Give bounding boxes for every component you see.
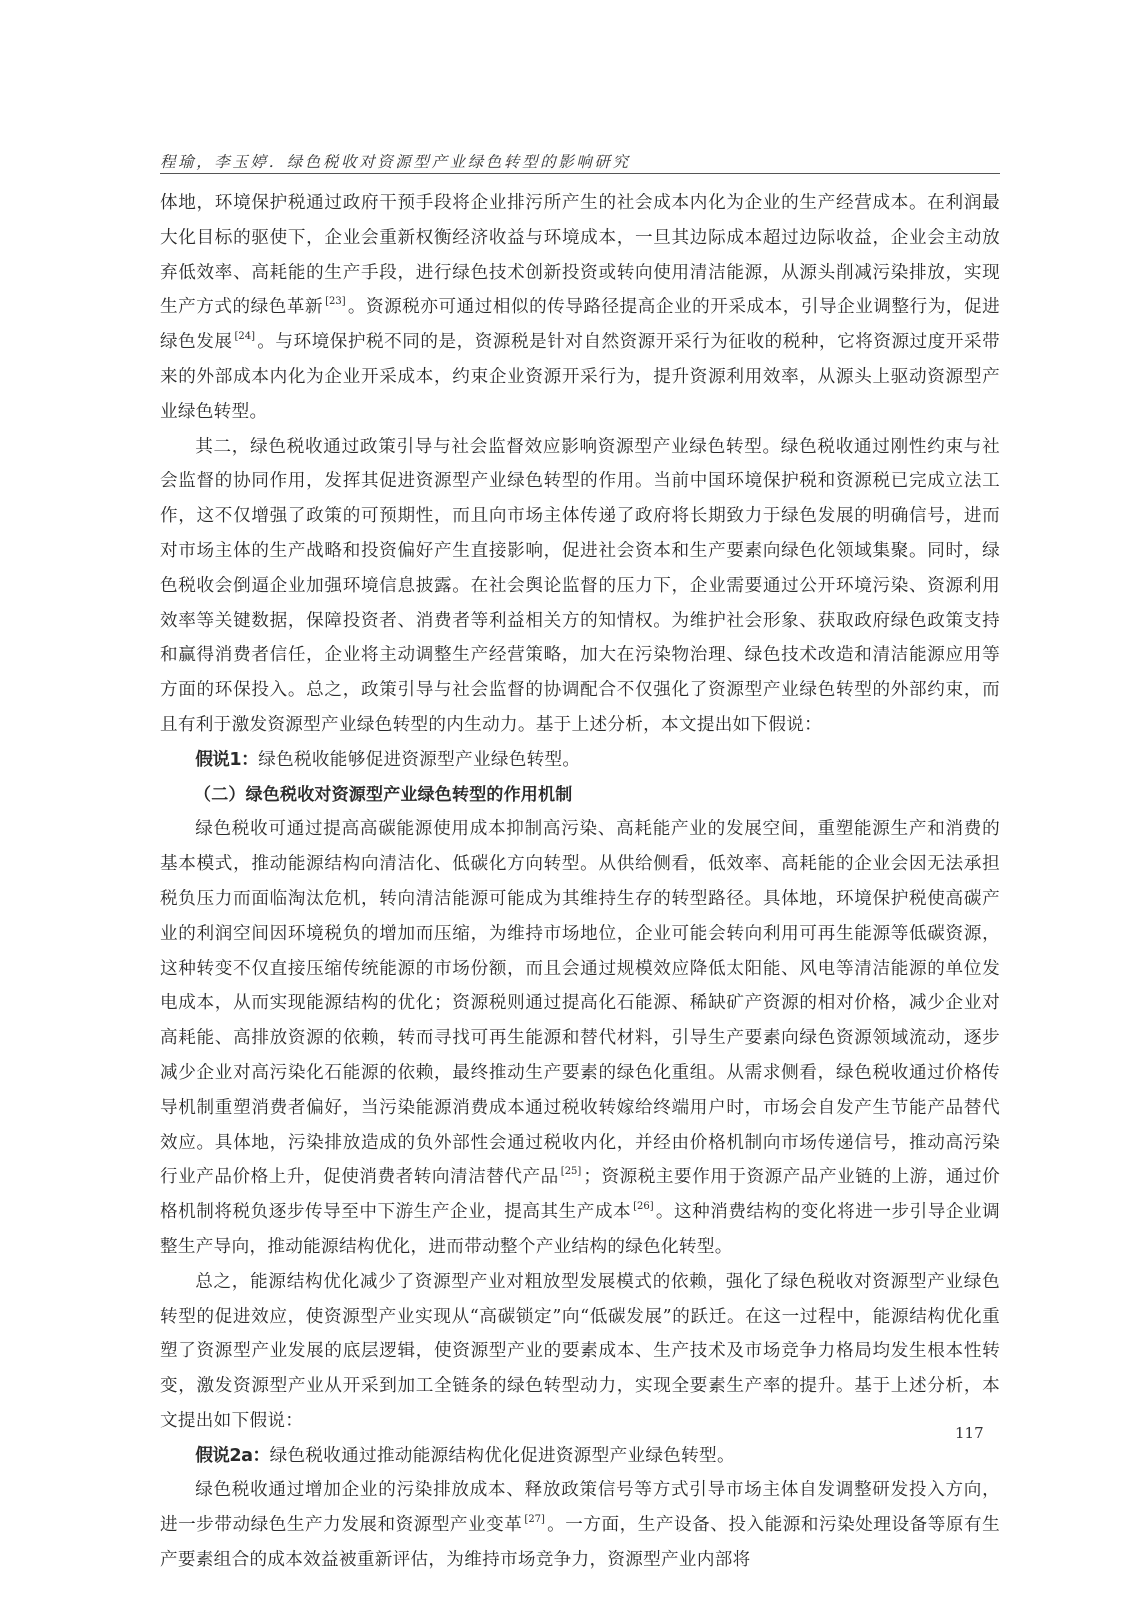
paragraph-env-tax-cost: 体地，环境保护税通过政府干预手段将企业排污所产生的社会成本内化为企业的生产经营成… <box>160 186 1000 430</box>
paragraph-text: 。与环境保护税不同的是，资源税是针对自然资源开采行为征收的税种，它将资源过度开采… <box>160 332 1000 422</box>
paragraph-rd-investment: 绿色税收通过增加企业的污染排放成本、释放政策信号等方式引导市场主体自发调整研发投… <box>160 1473 1000 1577</box>
hypothesis-1: 假说1：绿色税收能够促进资源型产业绿色转型。 <box>160 743 1000 778</box>
citation-24[interactable]: [24] <box>235 331 256 342</box>
citation-25[interactable]: [25] <box>561 1166 582 1177</box>
citation-23[interactable]: [23] <box>325 296 346 307</box>
citation-27[interactable]: [27] <box>524 1514 545 1525</box>
paragraph-policy-guidance: 其二，绿色税收通过政策引导与社会监督效应影响资源型产业绿色转型。绿色税收通过刚性… <box>160 430 1000 743</box>
paragraph-text: 绿色税收可通过提高高碳能源使用成本抑制高污染、高耗能产业的发展空间，重塑能源生产… <box>160 819 1000 1187</box>
hypothesis-label: 假说2a： <box>195 1446 269 1466</box>
paragraph-text: 总之，能源结构优化减少了资源型产业对粗放型发展模式的依赖，强化了绿色税收对资源型… <box>160 1272 1000 1431</box>
hypothesis-label: 假说1： <box>195 750 258 770</box>
hypothesis-text: 绿色税收通过推动能源结构优化促进资源型产业绿色转型。 <box>270 1446 735 1466</box>
running-header-title: 程瑜，李玉婷．绿色税收对资源型产业绿色转型的影响研究 <box>160 150 1000 172</box>
header-divider <box>160 173 1000 174</box>
article-body: 体地，环境保护税通过政府干预手段将企业排污所产生的社会成本内化为企业的生产经营成… <box>160 186 1000 1578</box>
section-heading-mechanism: （二）绿色税收对资源型产业绿色转型的作用机制 <box>160 778 1000 813</box>
citation-26[interactable]: [26] <box>633 1201 654 1212</box>
page-number: 117 <box>955 1424 984 1442</box>
paragraph-text: 其二，绿色税收通过政策引导与社会监督效应影响资源型产业绿色转型。绿色税收通过刚性… <box>160 437 1000 735</box>
paragraph-energy-structure: 绿色税收可通过提高高碳能源使用成本抑制高污染、高耗能产业的发展空间，重塑能源生产… <box>160 812 1000 1264</box>
hypothesis-2a: 假说2a：绿色税收通过推动能源结构优化促进资源型产业绿色转型。 <box>160 1439 1000 1474</box>
paragraph-summary: 总之，能源结构优化减少了资源型产业对粗放型发展模式的依赖，强化了绿色税收对资源型… <box>160 1265 1000 1439</box>
hypothesis-text: 绿色税收能够促进资源型产业绿色转型。 <box>258 750 580 770</box>
